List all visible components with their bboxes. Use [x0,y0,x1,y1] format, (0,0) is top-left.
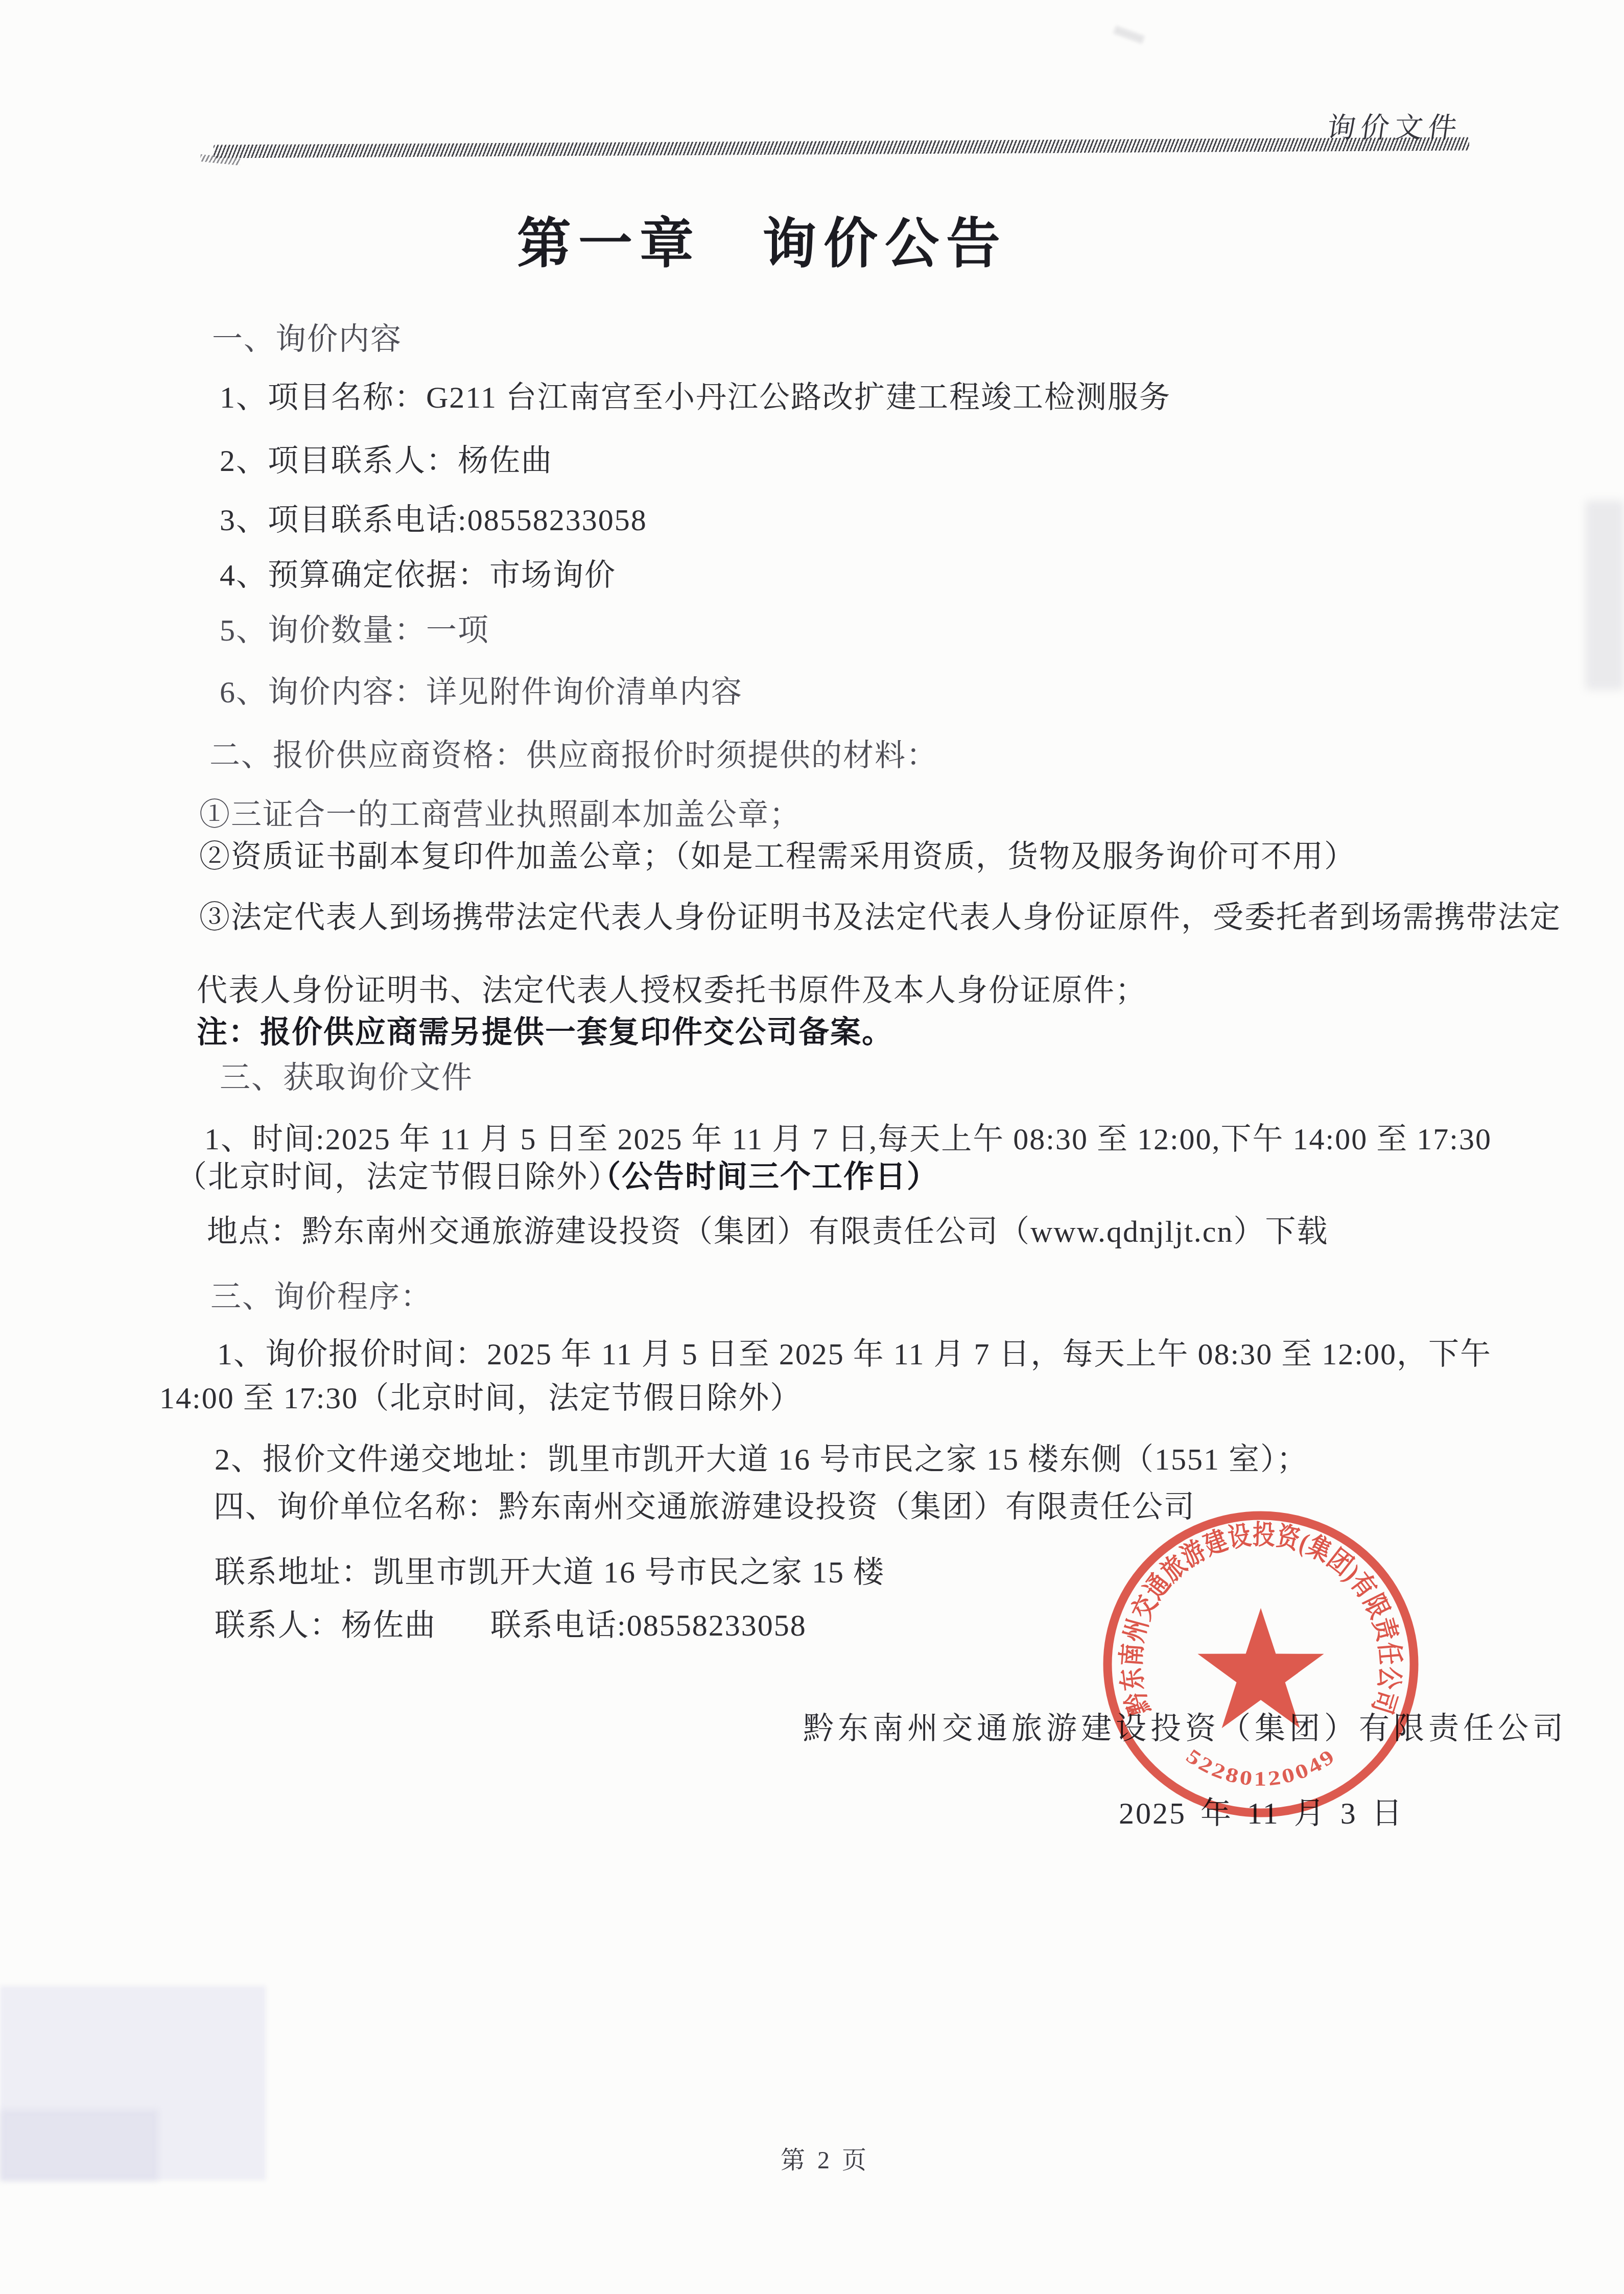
time-zone-note: （北京时间，法定节假日除外） [176,1160,620,1195]
scan-artifact [1586,501,1624,690]
seal-star-icon [1197,1608,1324,1728]
contact-person-line: 联系人：杨佐曲 [215,1608,436,1643]
project-phone-line: 3、项目联系电话:08558233058 [220,503,647,538]
requirement-item-3-cont: 代表人身份证明书、法定代表人授权委托书原件及本人身份证原件； [197,973,1147,1008]
requirement-item-2: ②资质证书副本复印件加盖公章；（如是工程需采用资质，货物及服务询价可不用） [199,839,1356,874]
project-contact-line: 2、项目联系人：杨佐曲 [220,443,553,479]
inquiry-content-line: 6、询价内容：详见附件询价清单内容 [220,675,743,710]
quote-time-line-cont: 14:00 至 17:30（北京时间，法定节假日除外） [159,1381,802,1416]
section-1-heading: 一、询价内容 [212,322,402,357]
requirement-item-3: ③法定代表人到场携带法定代表人身份证明书及法定代表人身份证原件，受委托者到场需携… [199,900,1561,935]
contact-address-line: 联系地址：凯里市凯开大道 16 号市民之家 15 楼 [215,1555,885,1590]
section-3-heading: 三、获取询价文件 [220,1060,473,1096]
section-4-heading: 四、询价单位名称：黔东南州交通旅游建设投资（集团）有限责任公司 [214,1489,1195,1525]
quantity-line: 5、询价数量：一项 [220,613,489,648]
header-divider-rule [214,137,1469,158]
contact-phone-line: 联系电话:08558233058 [490,1608,807,1643]
project-name-line: 1、项目名称：G211 台江南宫至小丹江公路改扩建工程竣工检测服务 [220,380,1171,415]
section-2-heading: 二、报价供应商资格：供应商报价时须提供的材料： [209,738,938,773]
note-line: 注：报价供应商需另提供一套复印件交公司备案。 [197,1015,893,1050]
announcement-days-note: （公告时间三个工作日） [590,1160,938,1195]
submission-address-line: 2、报价文件递交地址：凯里市凯开大道 16 号市民之家 15 楼东侧（1551 … [215,1442,1308,1477]
company-seal-stamp: 黔东南州交通旅游建设投资(集团)有限责任公司 522801200490 [1092,1506,1429,1833]
page-title: 第一章 询价公告 [517,200,1007,278]
scan-artifact [1113,26,1145,44]
obtain-time-line: 1、时间:2025 年 11 月 5 日至 2025 年 11 月 7 日,每天… [204,1122,1492,1157]
page-number: 第 2 页 [781,2140,869,2175]
quote-time-line: 1、询价报价时间：2025 年 11 月 5 日至 2025 年 11 月 7 … [217,1337,1492,1372]
scan-artifact [0,2110,158,2181]
scanned-document-page: 询价文件 第一章 询价公告 一、询价内容 1、项目名称：G211 台江南宫至小丹… [0,0,1624,2294]
scan-artifact [0,1986,266,2180]
requirement-item-1: ①三证合一的工商营业执照副本加盖公章； [199,797,801,833]
section-procedure-heading: 三、询价程序： [210,1280,432,1315]
download-location-line: 地点：黔东南州交通旅游建设投资（集团）有限责任公司（www.qdnjljt.cn… [207,1214,1328,1249]
budget-basis-line: 4、预算确定依据：市场询价 [220,558,616,593]
